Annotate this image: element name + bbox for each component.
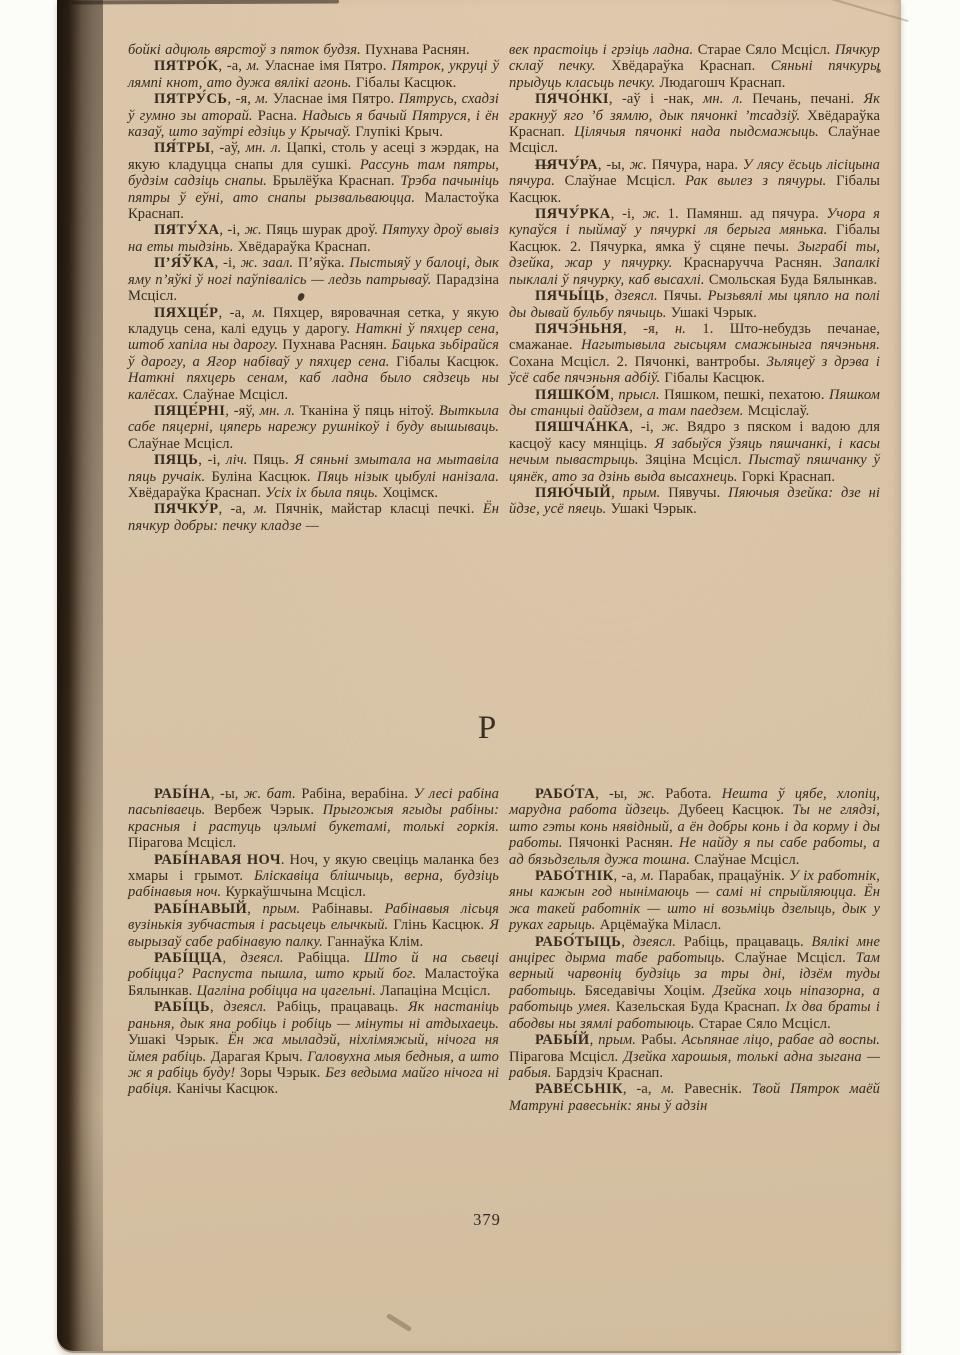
example-text: Рак вылез з пячуры. [685, 173, 826, 189]
example-text: н. [675, 321, 686, 337]
example-text: ж. бат. [244, 786, 296, 802]
entry-text: , -я, [227, 91, 255, 107]
entry-text: , -і, [611, 206, 643, 222]
headword: ПЯШКО́М [535, 387, 610, 403]
entry-text: Ушакі Чэрык. [128, 1032, 228, 1048]
headword: РАБО́ТЫЦЬ [535, 934, 621, 950]
entry-text: , -а, [614, 868, 641, 884]
dictionary-entry: РАБІ́ЦЦА, дзеясл. Рабіцца. Што й на сьве… [128, 950, 499, 999]
example-text: прым. [598, 1032, 636, 1048]
entry-text: Хоцімск. [378, 485, 438, 501]
headword: ПЯЧУ́РКА [535, 206, 611, 222]
entry-text: Рабы. [636, 1032, 682, 1048]
entry-text: Дубеец Касцюк. [670, 802, 792, 818]
entry-text: Казельская Буда Краснап. [611, 999, 786, 1015]
entry-text: , [247, 901, 262, 917]
entry-text: Бяседавічы Хоцім. [577, 983, 714, 999]
headword: ПЯЦЕ́РНІ [154, 403, 225, 419]
entry-text: , [621, 934, 632, 950]
entry-text: Рабіцца. [284, 950, 364, 966]
example-text: дзеясл. [633, 934, 676, 950]
entry-text: Бардзіч Краснап. [552, 1065, 664, 1081]
entry-text: Арцёмаўка Міласл. [595, 917, 721, 933]
dictionary-entry: ПЯЮ́ЧЫЙ, прым. Пявучы. Пяючыя дзейка: дз… [509, 485, 880, 518]
entry-text: Ушакі Чэрык. [667, 305, 758, 321]
entry-text: , [210, 999, 223, 1015]
dictionary-entry: ПЯШКО́М, прысл. Пяшком, пешкі, пехатою. … [509, 387, 880, 420]
entry-continuation: век прастоіць і грэіць ладна. Старае Сял… [509, 42, 880, 91]
section-r-entries: РАБІ́НА, -ы, ж. бат. Рабіна, верабіна. У… [128, 786, 880, 1114]
entry-text: Людагошч Краснап. [655, 75, 785, 91]
entry-text: Пячонкі Раснян. [562, 835, 679, 851]
section-letter-heading: Р [111, 708, 863, 748]
entry-text: Буліна Касцюк. [205, 469, 317, 485]
dictionary-entry: —ПЯЧУ́РА, -ы, ж. Пячура, нара. У лясу ёс… [509, 157, 880, 206]
entry-text: Расна. [253, 108, 303, 124]
example-text: Цагліна робіцца на цагельні. [197, 983, 376, 999]
dictionary-entry: РАБІ́НАВЫЙ, прым. Рабінавы. Рабінавыя лі… [128, 901, 499, 950]
entry-text: Лапаціна Мсцісл. [376, 983, 491, 999]
example-text: ж. [244, 222, 261, 238]
entry-text: Дарагая Крыч. [206, 1049, 307, 1065]
dictionary-entry: ПЯТУ́ХА, -і, ж. Пяць шурак дроў. Пятуху … [128, 222, 499, 255]
dictionary-entry: РАБІ́НА, -ы, ж. бат. Рабіна, верабіна. У… [128, 786, 499, 852]
entry-text: Старае Сяло Мсцісл. [695, 1016, 831, 1032]
dictionary-entry: ПЯЧЭ́НЬНЯ, -я, н. 1. Што-небудзь печанае… [509, 321, 880, 387]
entry-text: , [223, 950, 241, 966]
entry-text: , -ы, [598, 157, 630, 173]
entry-text: , -і, [215, 255, 241, 271]
dictionary-entry: ПЯЧКУ́Р, -а, м. Пячнік, майстар класці п… [128, 501, 499, 534]
example-text: Нагытывыла гысьцям смажыныга пячэньня. [581, 337, 880, 353]
headword: РАБО́ТНІК [535, 868, 614, 884]
entry-text: П’яўка. [293, 255, 349, 271]
headword: ПЯЧЭ́НЬНЯ [535, 321, 623, 337]
entry-text: Ушакі Чэрык. [606, 501, 697, 517]
entry-text: Уласнае імя Пятро. [268, 91, 398, 107]
example-text: ліч. [226, 452, 247, 468]
entry-text: Хвёдараўка Краснап. [233, 239, 370, 255]
entry-text: Парабак, працаўнік. [654, 868, 789, 884]
entry-text: Рабіна, верабіна. [296, 786, 414, 802]
headword: ПЯТУ́ХА [154, 222, 219, 238]
entry-text: Слаўнае Мсцісл. [725, 950, 856, 966]
entry-text: , -а, [218, 58, 246, 74]
entry-text: Вербеж Чэрык. [205, 802, 322, 818]
entry-text: Тканіна ў пяць нітоў. [295, 403, 439, 419]
headword: РАБО́ТА [535, 786, 595, 802]
entry-text: Пячнік, майстар класці печкі. [267, 501, 483, 517]
dictionary-entry: ПЯЧЫ́ЦЬ, дзеясл. Пячы. Рызьвялі мы цяпло… [509, 288, 880, 321]
entry-text: Зяціна Мсцісл. [639, 452, 749, 468]
entry-text: Брылёўка Краснап. [267, 173, 400, 189]
headword: ПЯЧО́НКІ [535, 91, 609, 107]
example-text: м. [252, 305, 265, 321]
entry-text: , -а, [218, 305, 252, 321]
entry-text: Рабіць, працаваць. [676, 934, 812, 950]
entry-text: , -я, [623, 321, 675, 337]
entry-text: Мсціслаў. [744, 403, 810, 419]
entry-text: Глупікі Крыч. [351, 124, 443, 140]
headword: ПЯТРО́К [154, 58, 218, 74]
example-text: ж. [662, 419, 679, 435]
headword: РАБІ́ЦЦА [154, 950, 223, 966]
example-text: Усіх іх была пяць. [265, 485, 378, 501]
dictionary-entry: ПЯТРО́К, -а, м. Уласнае імя Пятро. Пятро… [128, 58, 499, 91]
entry-text: Хвёдараўка Краснап. [596, 58, 771, 74]
entry-text: , -і, [219, 222, 244, 238]
entry-text: , [611, 485, 623, 501]
entry-text: Гібалы Касцюк. [390, 354, 499, 370]
entry-text: Пяць шурак дроў. [262, 222, 382, 238]
binding-shadow [57, 0, 103, 1351]
example-text: прысл. [618, 387, 659, 403]
entry-text: Пухнава Раснян. [278, 337, 391, 353]
entry-text: Канічы Касцюк. [172, 1081, 278, 1097]
example-text: прым. [623, 485, 661, 501]
headword: ПЯЧКУ́Р [154, 501, 219, 517]
margin-dash-mark: — [509, 157, 550, 173]
entry-text: Рабінавы. [300, 901, 384, 917]
example-text: мн. л. [246, 140, 282, 156]
headword: РАВЕ́СЬНІК [535, 1081, 623, 1097]
entry-text: Пірагова Мсцісл. [128, 835, 236, 851]
entry-text: , -а, [219, 501, 255, 517]
entry-text: , [590, 1032, 599, 1048]
entry-text: 1. Памянш. ад пячура. [660, 206, 827, 222]
dictionary-entry: РАБІ́ЦЬ, дзеясл. Рабіць, працаваць. Як н… [128, 999, 499, 1097]
entry-text: , [605, 288, 615, 304]
entry-continuation: бойкі адцюль вярстоў з пяток будзя. Пухн… [128, 42, 499, 58]
example-text: м. [247, 58, 260, 74]
entry-text: Сохана Мсцісл. 2. Пячонкі, вантробы. [509, 354, 767, 370]
example-text: ж. [638, 786, 655, 802]
entry-text: Краснаручча Раснян. [672, 255, 833, 271]
entry-text: Слаўнае Мсцісл. [555, 173, 685, 189]
entry-text: Уласнае імя Пятро. [260, 58, 391, 74]
dictionary-entry: ПЯ́ТРЫ, -аў, мн. л. Цапкі, столь у асеці… [128, 140, 499, 222]
left-column-bottom: РАБІ́НА, -ы, ж. бат. Рабіна, верабіна. У… [128, 786, 499, 1098]
example-text: ж. [643, 206, 660, 222]
entry-text: Горкі Краснап. [738, 469, 836, 485]
entry-text: Слаўнае Мсцісл. [690, 852, 800, 868]
dictionary-entry: РАБО́ТНІК, -а, м. Парабак, працаўнік. У … [509, 868, 880, 934]
example-text: Цілячыя пячонкі нада пыдсмажыць. [574, 124, 819, 140]
scan-artifact-corner-scratch [817, 0, 909, 22]
entry-text: , -ы, [211, 786, 244, 802]
entry-text: Пірагова Мсцісл. [509, 1049, 624, 1065]
dictionary-entry: РАБО́ТА, -ы, ж. Работа. Нешта ў цябе, хл… [509, 786, 880, 868]
entry-text: Хвёдараўка Краснап. [128, 485, 265, 501]
entry-text: Слаўнае Мсцісл. [128, 436, 233, 452]
example-text: м. [255, 91, 268, 107]
dictionary-entry: ПЯХЦЕ́Р, -а, м. Пяхцер, вяровачная сетка… [128, 305, 499, 403]
dictionary-entry: ПЯТРУ́СЬ, -я, м. Уласнае імя Пятро. Пятр… [128, 91, 499, 140]
entry-text: Смольская Буда Бялынкав. [705, 272, 878, 288]
example-text: бойкі адцюль вярстоў з пяток будзя. [128, 42, 361, 58]
entry-text: Гібалы Касцюк. [660, 370, 765, 386]
dictionary-entry: ПЯЧУ́РКА, -і, ж. 1. Памянш. ад пячура. У… [509, 206, 880, 288]
headword: ПЯ́ТРЫ [154, 140, 211, 156]
entry-text: Гібалы Касцюк. [352, 75, 457, 91]
example-text: мн. л. [703, 91, 743, 107]
dictionary-entry: ПЯЦЬ, -і, ліч. Пяць. Я сяньні змытала на… [128, 452, 499, 501]
dictionary-entry: РАВЕ́СЬНІК, -а, м. Равеснік. Твой Пятрок… [509, 1081, 880, 1114]
example-text: мн. л. [260, 403, 295, 419]
entry-text: Слаўнае Мсцісл. [179, 387, 289, 403]
entry-text: , -і, [198, 452, 226, 468]
headword: ПЯЦЬ [154, 452, 198, 468]
entry-text: , -аў і -нак, [609, 91, 703, 107]
example-text: Пяць нізык цыбулі нанізала. [317, 469, 499, 485]
entry-text: Пяшком, пешкі, пехатою. [660, 387, 829, 403]
entry-text: Пявучы. [660, 485, 728, 501]
entry-text: Зоры Чэрык. [235, 1065, 325, 1081]
headword: РАБІ́НАВЫЙ [154, 901, 247, 917]
headword: ПЯШЧА́НКА [535, 419, 629, 435]
book-page: бойкі адцюль вярстоў з пяток будзя. Пухн… [57, 0, 901, 1353]
section-p-entries: бойкі адцюль вярстоў з пяток будзя. Пухн… [128, 42, 880, 534]
entry-text: , -і, [629, 419, 661, 435]
right-column-top: век прастоіць і грэіць ладна. Старае Сял… [509, 42, 880, 518]
dictionary-entry: РАБІ́НАВАЯ НОЧ. Ноч, у якую свеціць мала… [128, 852, 499, 901]
example-text: ж. заал. [241, 255, 294, 271]
entry-text: Пячы. [658, 288, 708, 304]
page-number: 379 [111, 1210, 863, 1230]
headword: ПЯТРУ́СЬ [154, 91, 227, 107]
entry-text: Пяць. [247, 452, 294, 468]
example-text: прым. [263, 901, 301, 917]
right-column-bottom: РАБО́ТА, -ы, ж. Работа. Нешта ў цябе, хл… [509, 786, 880, 1114]
entry-text: Пячура, нара. [647, 157, 743, 173]
entry-text: Глінь Касцюк. [388, 917, 489, 933]
example-text: век прастоіць і грэіць ладна. [509, 42, 693, 58]
example-text: м. [254, 501, 267, 517]
example-text: ж. [630, 157, 647, 173]
headword: РАБІ́НАВАЯ НОЧ [154, 852, 281, 868]
headword: РАБЫ́Й [535, 1032, 590, 1048]
headword: РАБІ́ЦЬ [154, 999, 210, 1015]
dictionary-entry: ПЯШЧА́НКА, -і, ж. Вядро з пяском і вадою… [509, 419, 880, 485]
entry-text: Старае Сяло Мсцісл. [693, 42, 835, 58]
example-text: дзеясл. [240, 950, 283, 966]
entry-text: Рабіць, працаваць. [267, 999, 408, 1015]
entry-text: Равеснік. [674, 1081, 751, 1097]
ink-smudge [386, 1313, 412, 1332]
left-column-top: бойкі адцюль вярстоў з пяток будзя. Пухн… [128, 42, 499, 534]
headword: ПЯЧЫ́ЦЬ [535, 288, 605, 304]
example-text: м. [661, 1081, 674, 1097]
example-text: м. [641, 868, 654, 884]
entry-text: , -аў, [211, 140, 246, 156]
entry-text: Печань, печані. [743, 91, 864, 107]
example-text: дзеясл. [223, 999, 266, 1015]
dictionary-entry: ПЯЧО́НКІ, -аў і -нак, мн. л. Печань, печ… [509, 91, 880, 157]
headword: ПЯЮ́ЧЫЙ [535, 485, 611, 501]
entry-text: Работа. [655, 786, 722, 802]
entry-text: Куркаўшчына Мсцісл. [221, 884, 366, 900]
dictionary-entry: П’Я́ЎКА, -і, ж. заал. П’яўка. Пыстыяў у … [128, 255, 499, 304]
dictionary-entry: ПЯЦЕ́РНІ, -яў, мн. л. Тканіна ў пяць ніт… [128, 403, 499, 452]
example-text: Асьпянае ліцо, рабае ад воспы. [682, 1032, 880, 1048]
headword: ПЯХЦЕ́Р [154, 305, 218, 321]
example-text: дзеясл. [614, 288, 657, 304]
dictionary-entry: РАБЫ́Й, прым. Рабы. Асьпянае ліцо, рабае… [509, 1032, 880, 1081]
entry-text: Ганнаўка Клім. [323, 934, 423, 950]
entry-text: , -а, [623, 1081, 661, 1097]
entry-text: , -яў, [225, 403, 259, 419]
headword: П’Я́ЎКА [154, 255, 215, 271]
headword: РАБІ́НА [154, 786, 211, 802]
scan-artifact-top-line [71, 0, 339, 4]
entry-text: , -ы, [595, 786, 638, 802]
dictionary-entry: РАБО́ТЫЦЬ, дзеясл. Рабіць, працаваць. Вя… [509, 934, 880, 1032]
entry-text: Пухнава Раснян. [361, 42, 470, 58]
